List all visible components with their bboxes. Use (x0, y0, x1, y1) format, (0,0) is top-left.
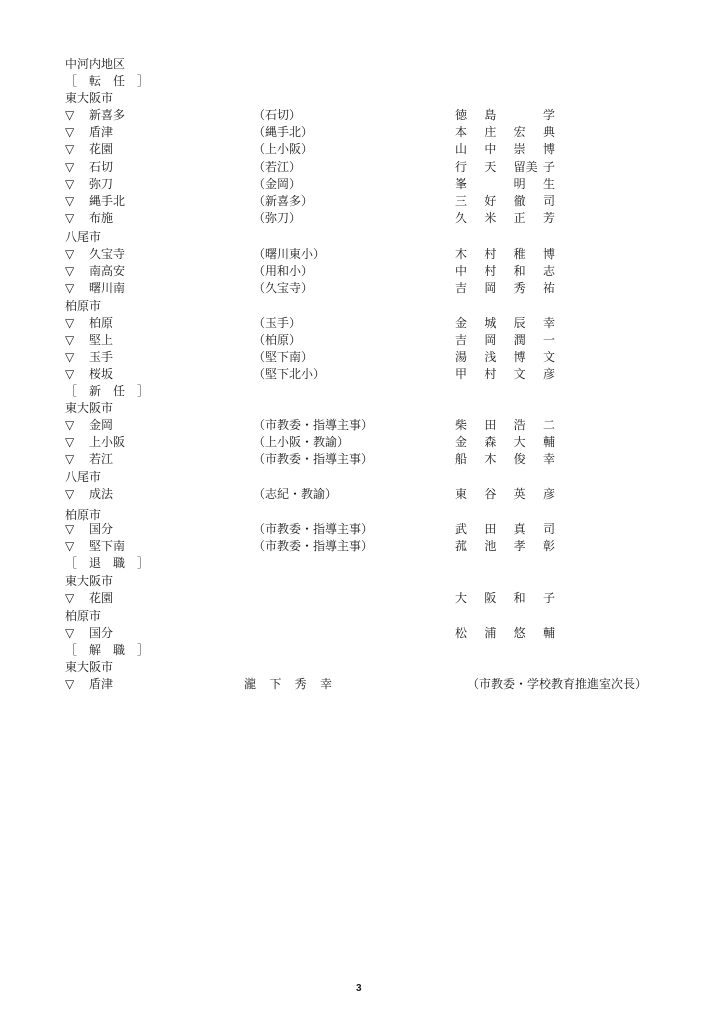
name-char: 岡 (484, 332, 496, 349)
school-name: 花園 (89, 141, 113, 158)
school-name: 花園 (89, 590, 113, 607)
name-char (514, 107, 526, 124)
name-char: 村 (484, 263, 496, 280)
page-number: 3 (356, 983, 362, 994)
name-char: 湯 (455, 349, 467, 366)
name-char: 幸 (543, 315, 555, 332)
triangle-marker-icon: ▽ (65, 141, 74, 158)
city-heading: 八尾市 (0, 469, 724, 486)
name-char: 明 (514, 176, 526, 193)
person-name: 山中崇博 (455, 141, 555, 158)
list-item: ▽堅下南（市教委・指導主事）菰池孝彰 (0, 538, 724, 555)
heading-char: ［ (65, 555, 77, 572)
name-char: 甲 (455, 366, 467, 383)
name-char: 本 (455, 124, 467, 141)
school-name: 新喜多 (89, 107, 125, 124)
city-heading: 東大阪市 (0, 400, 724, 417)
name-char: 一 (543, 332, 555, 349)
name-char: 天 (484, 159, 496, 176)
name-char: 中 (455, 263, 467, 280)
heading-char: ［ (65, 73, 77, 90)
list-item: ▽縄手北（新喜多）三好徹司 (0, 193, 724, 210)
triangle-marker-icon: ▽ (65, 210, 74, 227)
school-name: 上小阪 (89, 434, 125, 451)
city-heading: 八尾市 (0, 229, 724, 246)
name-char: 博 (543, 141, 555, 158)
city-label: 東大阪市 (65, 90, 113, 107)
name-char: 幸 (543, 451, 555, 468)
person-name: 東谷英彦 (455, 486, 555, 503)
triangle-marker-icon: ▽ (65, 263, 74, 280)
name-char: 岡 (484, 280, 496, 297)
school-name: 堅下南 (89, 538, 125, 555)
name-char: 司 (543, 193, 555, 210)
heading-char: 任 (113, 73, 125, 90)
previous-post: （上小阪） (253, 141, 313, 158)
section-heading-label: ［解職］ (65, 642, 149, 659)
previous-post: （曙川東小） (253, 246, 325, 263)
triangle-marker-icon: ▽ (65, 349, 74, 366)
person-name: 吉岡潤一 (455, 332, 555, 349)
name-char: 司 (543, 521, 555, 538)
previous-post: （金岡） (253, 176, 301, 193)
name-char: 谷 (484, 486, 496, 503)
person-name: 甲村文彦 (455, 366, 555, 383)
school-name: 曙川南 (89, 280, 125, 297)
name-char: 子 (543, 590, 555, 607)
name-char: 三 (455, 193, 467, 210)
name-char: 池 (484, 538, 496, 555)
person-name: 船木俊幸 (455, 451, 555, 468)
name-char: 博 (514, 349, 526, 366)
name-char: 久 (455, 210, 467, 227)
city-heading: 柏原市 (0, 298, 724, 315)
name-char: 阪 (484, 590, 496, 607)
name-char: 稚 (514, 246, 526, 263)
list-item: ▽若江（市教委・指導主事）船木俊幸 (0, 451, 724, 468)
triangle-marker-icon: ▽ (65, 280, 74, 297)
city-heading: 東大阪市 (0, 573, 724, 590)
list-item: ▽成法（志紀・教諭）東谷英彦 (0, 486, 724, 503)
school-name: 桜坂 (89, 366, 113, 383)
heading-char: 解 (89, 642, 101, 659)
triangle-marker-icon: ▽ (65, 176, 74, 193)
triangle-marker-icon: ▽ (65, 193, 74, 210)
school-name: 国分 (89, 625, 113, 642)
list-item: ▽桜坂（堅下北小）甲村文彦 (0, 366, 724, 383)
name-char: 村 (484, 246, 496, 263)
previous-post: （市教委・指導主事） (253, 521, 373, 538)
name-char: 東 (455, 486, 467, 503)
name-char: 潤 (514, 332, 526, 349)
previous-post: （市教委・指導主事） (253, 538, 373, 555)
triangle-marker-icon: ▽ (65, 590, 74, 607)
name-char: 山 (455, 141, 467, 158)
heading-char: ］ (137, 555, 149, 572)
city-label: 柏原市 (65, 608, 101, 625)
name-char: 祐 (543, 280, 555, 297)
name-char: 武 (455, 521, 467, 538)
post-note: （市教委・学校教育推進室次長） (467, 676, 647, 693)
person-name: 湯浅博文 (455, 349, 555, 366)
heading-char: ［ (65, 642, 77, 659)
previous-post: （上小阪・教諭） (253, 434, 349, 451)
school-name: 成法 (89, 486, 113, 503)
name-char: 芳 (543, 210, 555, 227)
name-char: 悠 (514, 625, 526, 642)
school-name: 柏原 (89, 315, 113, 332)
name-char: 彦 (543, 486, 555, 503)
name-char: 金 (455, 315, 467, 332)
person-name: 徳島学 (455, 107, 555, 124)
school-name: 布施 (89, 210, 113, 227)
previous-post: （柏原） (253, 332, 301, 349)
name-char: 森 (484, 434, 496, 451)
name-char: 田 (484, 521, 496, 538)
previous-post: （堅下北小） (253, 366, 325, 383)
name-char: 輔 (543, 625, 555, 642)
city-label: 八尾市 (65, 229, 101, 246)
previous-post: （縄手北） (253, 124, 313, 141)
heading-char: 職 (113, 555, 125, 572)
name-char: 二 (543, 417, 555, 434)
school-name: 久宝寺 (89, 246, 125, 263)
previous-post: （堅下南） (253, 349, 313, 366)
name-char: 船 (455, 451, 467, 468)
name-char: 徹 (514, 193, 526, 210)
heading-char: 職 (113, 642, 125, 659)
section-heading: ［解職］ (0, 642, 724, 659)
heading-char: ］ (137, 642, 149, 659)
previous-post: （久宝寺） (253, 280, 313, 297)
region-label: 中河内地区 (65, 56, 125, 73)
school-name: 堅上 (89, 332, 113, 349)
list-item: ▽盾津（縄手北）本庄宏典 (0, 124, 724, 141)
triangle-marker-icon: ▽ (65, 451, 74, 468)
section-heading-label: ［転任］ (65, 73, 149, 90)
name-char: 文 (514, 366, 526, 383)
triangle-marker-icon: ▽ (65, 315, 74, 332)
list-item: ▽花園（上小阪）山中崇博 (0, 141, 724, 158)
person-name: 峯明生 (455, 176, 555, 193)
list-item: ▽久宝寺（曙川東小）木村稚博 (0, 246, 724, 263)
name-char: 正 (514, 210, 526, 227)
name-char: 瀧 (244, 676, 256, 693)
school-name: 南高安 (89, 263, 125, 280)
person-name: 木村稚博 (455, 246, 555, 263)
name-char: 幸 (320, 676, 332, 693)
school-name: 国分 (89, 521, 113, 538)
section-heading-label: ［退職］ (65, 555, 149, 572)
person-name: 瀧下秀幸 (244, 676, 332, 693)
name-char: 典 (543, 124, 555, 141)
triangle-marker-icon: ▽ (65, 538, 74, 555)
name-char: 吉 (455, 280, 467, 297)
person-name: 吉岡秀祐 (455, 280, 555, 297)
list-item: ▽布施（弥刀）久米正芳 (0, 210, 724, 227)
list-item: ▽盾津瀧下秀幸（市教委・学校教育推進室次長） (0, 676, 724, 693)
previous-post: （若江） (253, 159, 301, 176)
city-label: 柏原市 (65, 298, 101, 315)
city-heading: 東大阪市 (0, 659, 724, 676)
name-char: 俊 (514, 451, 526, 468)
section-heading: ［退職］ (0, 555, 724, 572)
name-char: 真 (514, 521, 526, 538)
triangle-marker-icon: ▽ (65, 434, 74, 451)
name-char: 崇 (514, 141, 526, 158)
person-name: 本庄宏典 (455, 124, 555, 141)
triangle-marker-icon: ▽ (65, 124, 74, 141)
name-char: 学 (543, 107, 555, 124)
person-name: 松浦悠輔 (455, 625, 555, 642)
person-name: 武田真司 (455, 521, 555, 538)
name-char: 庄 (484, 124, 496, 141)
triangle-marker-icon: ▽ (65, 417, 74, 434)
name-char: 米 (484, 210, 496, 227)
name-char: 宏 (514, 124, 526, 141)
school-name: 弥刀 (89, 176, 113, 193)
name-char: 木 (455, 246, 467, 263)
name-char: 島 (484, 107, 496, 124)
previous-post: （志紀・教諭） (253, 486, 337, 503)
name-char: 下 (269, 676, 281, 693)
heading-char: ］ (137, 73, 149, 90)
name-char: 松 (455, 625, 467, 642)
list-item: ▽金岡（市教委・指導主事）柴田浩二 (0, 417, 724, 434)
name-char (484, 176, 496, 193)
previous-post: （市教委・指導主事） (253, 417, 373, 434)
name-char: 好 (484, 193, 496, 210)
list-item: ▽新喜多（石切）徳島学 (0, 107, 724, 124)
triangle-marker-icon: ▽ (65, 246, 74, 263)
section-heading-label: ［新任］ (65, 383, 149, 400)
city-label: 東大阪市 (65, 400, 113, 417)
name-char: 辰 (514, 315, 526, 332)
name-char: 田 (484, 417, 496, 434)
school-name: 縄手北 (89, 193, 125, 210)
heading-char: ］ (137, 383, 149, 400)
triangle-marker-icon: ▽ (65, 332, 74, 349)
school-name: 盾津 (89, 676, 113, 693)
list-item: ▽弥刀（金岡）峯明生 (0, 176, 724, 193)
triangle-marker-icon: ▽ (65, 107, 74, 124)
region-heading: 中河内地区 (0, 56, 724, 73)
previous-post: （弥刀） (253, 210, 301, 227)
name-char: 博 (543, 246, 555, 263)
triangle-marker-icon: ▽ (65, 625, 74, 642)
school-name: 玉手 (89, 349, 113, 366)
name-char: 浦 (484, 625, 496, 642)
name-char: 城 (484, 315, 496, 332)
city-heading: 柏原市 (0, 608, 724, 625)
list-item: ▽石切（若江）行天留美子 (0, 159, 724, 176)
previous-post: （新喜多） (253, 193, 313, 210)
name-char: 彰 (543, 538, 555, 555)
heading-char: 退 (89, 555, 101, 572)
person-name: 中村和志 (455, 263, 555, 280)
list-item: ▽曙川南（久宝寺）吉岡秀祐 (0, 280, 724, 297)
name-char: 輔 (543, 434, 555, 451)
heading-char: 任 (113, 383, 125, 400)
name-char: 中 (484, 141, 496, 158)
heading-char: 新 (89, 383, 101, 400)
city-heading: 東大阪市 (0, 90, 724, 107)
list-item: ▽花園大阪和子 (0, 590, 724, 607)
triangle-marker-icon: ▽ (65, 486, 74, 503)
previous-post: （玉手） (253, 315, 301, 332)
list-item: ▽柏原（玉手）金城辰幸 (0, 315, 724, 332)
name-char: 孝 (514, 538, 526, 555)
list-item: ▽南高安（用和小）中村和志 (0, 263, 724, 280)
list-item: ▽上小阪（上小阪・教諭）金森大輔 (0, 434, 724, 451)
school-name: 金岡 (89, 417, 113, 434)
name-char: 大 (514, 434, 526, 451)
name-char: 大 (455, 590, 467, 607)
person-name: 久米正芳 (455, 210, 555, 227)
name-char: 秀 (295, 676, 307, 693)
name-char: 子 (543, 159, 555, 176)
school-name: 石切 (89, 159, 113, 176)
name-char: 菰 (455, 538, 467, 555)
name-char: 彦 (543, 366, 555, 383)
name-char: 浩 (514, 417, 526, 434)
list-item: ▽玉手（堅下南）湯浅博文 (0, 349, 724, 366)
name-char: 柴 (455, 417, 467, 434)
person-name: 三好徹司 (455, 193, 555, 210)
name-char: 木 (484, 451, 496, 468)
city-label: 東大阪市 (65, 573, 113, 590)
name-char: 文 (543, 349, 555, 366)
triangle-marker-icon: ▽ (65, 159, 74, 176)
section-heading: ［新任］ (0, 383, 724, 400)
name-char: 秀 (514, 280, 526, 297)
city-label: 八尾市 (65, 469, 101, 486)
person-name: 菰池孝彰 (455, 538, 555, 555)
heading-char: ［ (65, 383, 77, 400)
name-char: 生 (543, 176, 555, 193)
person-name: 金城辰幸 (455, 315, 555, 332)
previous-post: （用和小） (253, 263, 313, 280)
list-item: ▽国分（市教委・指導主事）武田真司 (0, 521, 724, 538)
name-char: 吉 (455, 332, 467, 349)
name-char: 村 (484, 366, 496, 383)
heading-char: 転 (89, 73, 101, 90)
school-name: 若江 (89, 451, 113, 468)
person-name: 大阪和子 (455, 590, 555, 607)
name-char: 行 (455, 159, 467, 176)
triangle-marker-icon: ▽ (65, 676, 74, 693)
name-char: 和 (514, 263, 526, 280)
list-item: ▽堅上（柏原）吉岡潤一 (0, 332, 724, 349)
previous-post: （市教委・指導主事） (253, 451, 373, 468)
name-char: 和 (514, 590, 526, 607)
name-char: 志 (543, 263, 555, 280)
school-name: 盾津 (89, 124, 113, 141)
triangle-marker-icon: ▽ (65, 521, 74, 538)
name-char: 金 (455, 434, 467, 451)
person-name: 柴田浩二 (455, 417, 555, 434)
list-item: ▽国分松浦悠輔 (0, 625, 724, 642)
name-char: 留美 (514, 159, 526, 176)
previous-post: （石切） (253, 107, 301, 124)
person-name: 金森大輔 (455, 434, 555, 451)
person-name: 行天留美子 (455, 159, 555, 176)
name-char: 峯 (455, 176, 467, 193)
triangle-marker-icon: ▽ (65, 366, 74, 383)
name-char: 徳 (455, 107, 467, 124)
city-label: 東大阪市 (65, 659, 113, 676)
name-char: 英 (514, 486, 526, 503)
section-heading: ［転任］ (0, 73, 724, 90)
name-char: 浅 (484, 349, 496, 366)
